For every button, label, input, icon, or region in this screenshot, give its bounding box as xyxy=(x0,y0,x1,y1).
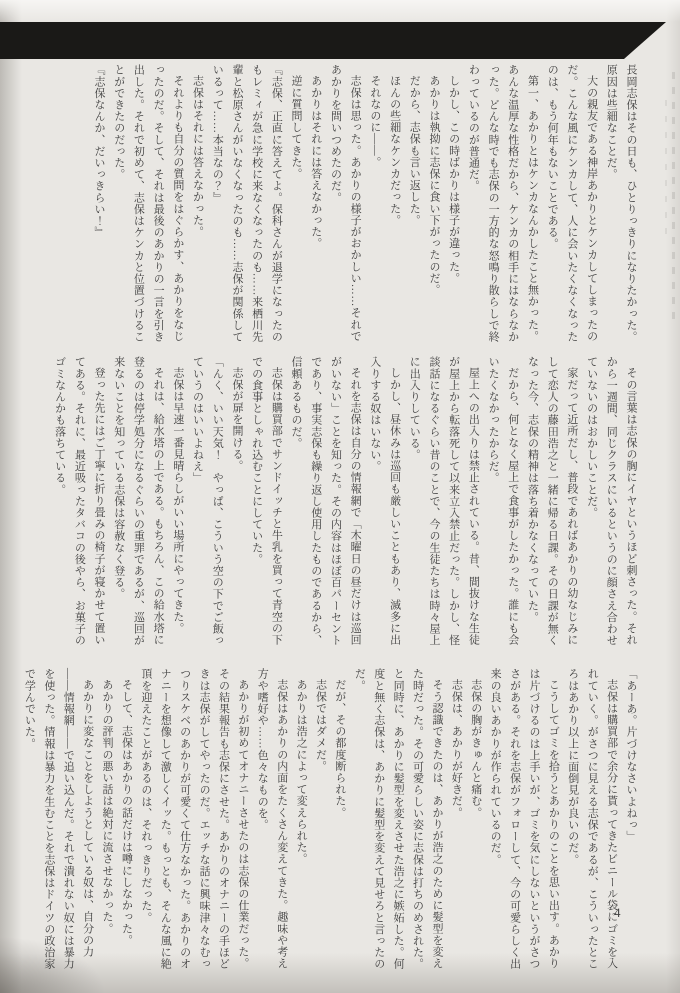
paragraph: あかりは浩之によって変えられた。 xyxy=(291,668,310,972)
scan-bleed-artifact xyxy=(672,72,675,322)
paragraph: だから、志保も言い返した。 xyxy=(404,64,424,350)
page-number: 4 xyxy=(614,905,621,921)
paragraph: 家だって近所だし、普段であればあかりの幼なじみにして恋人の藤田浩之と一緒に帰る日… xyxy=(522,356,581,654)
paragraph: 志保はあかりの内面をたくさん変えてきた。趣味や考え方や嗜好や……色々なものを。 xyxy=(252,668,291,972)
text-band-bottom: 「あーあ。片づけなさいよねっ」志保は購買部で余分に貰ってきたビニール袋にゴミを入… xyxy=(56,668,640,972)
paragraph: あかりが初めてオナニーさせたのは志保の仕業だった。その結果報告も志保にさせた。あ… xyxy=(135,668,251,972)
page-text-area: 長岡志保はその日も、ひとりっきりになりたかった。原因は些細なことだ。大の親友であ… xyxy=(56,64,640,972)
paragraph: こうしてゴミを拾うとあかりのことを思い出す。あかりは片づけるのは上手いが、ゴミを… xyxy=(485,668,563,972)
paragraph: あかりは執拗に志保に食い下がったのだ。 xyxy=(423,64,443,350)
paragraph: あかりの評判の悪い話は絶対に流させなかった。 xyxy=(97,668,116,972)
paragraph: 大の親友である神岸あかりとケンカしてしまったのだ。こんな風にケンカして、人に会い… xyxy=(541,64,600,350)
paragraph: 志保の胸がきゅんと痛む。 xyxy=(465,668,484,972)
text-band-top: 長岡志保はその日も、ひとりっきりになりたかった。原因は些細なことだ。大の親友であ… xyxy=(56,64,640,350)
paragraph: ほんの些細なケンカだった。 xyxy=(384,64,404,350)
scan-bleed-artifact xyxy=(665,100,667,240)
paragraph: 志保は、あかりが好きだ。 xyxy=(446,668,465,972)
paragraph: 志保は購買部で余分に貰ってきたビニール袋にゴミを入れていく。がさつに見える志保で… xyxy=(562,668,620,972)
paragraph: そう認識できたのは、あかりが浩之のために髪型を変えた時だった。その可愛らしい姿に… xyxy=(349,668,446,972)
paragraph: 志保はそれには答えなかった。 xyxy=(187,64,207,350)
paragraph: そして、志保はあかりの話だけは噂にしなかった。 xyxy=(116,668,135,972)
paragraph: 屋上への出入りは禁止されている。昔、間抜けな生徒が屋上から転落死して以来立入禁止… xyxy=(404,356,483,654)
paragraph: しかし、この時ばかりは様子が違った。 xyxy=(443,64,463,350)
paragraph: 志保は思った。あかりの様子がおかしい……それであかりを問いつめたのだ。 xyxy=(325,64,364,350)
paragraph: だが、その都度断られた。 xyxy=(330,668,349,972)
paragraph: それを志保は自分の情報網で「木曜日の昼だけは巡回がいない」ことを知った。その内容… xyxy=(285,356,364,654)
text-band-middle: その言葉は志保の胸にイヤというほど刺さった。それから一週間、同じクラスにいるとい… xyxy=(56,356,640,654)
paragraph: 志保ではダメだ。 xyxy=(310,668,329,972)
scanned-novel-page: 長岡志保はその日も、ひとりっきりになりたかった。原因は些細なことだ。大の親友であ… xyxy=(0,0,680,993)
paragraph: 第一、あかりとはケンカなんかしたこと無かった。あんな温厚な性格だから、ケンカの相… xyxy=(463,64,542,350)
paragraph: 『志保なんか、だいっきらい！』 xyxy=(88,64,108,350)
paragraph: しかし、昼休みは巡回も厳しいこともあり、滅多に出入りする奴はいない。 xyxy=(364,356,403,654)
paragraph: あかりに変なことをしようとしている奴は、自分の力――情報網――で追い込んだ。それ… xyxy=(19,668,97,972)
paragraph: 『志保、正直に答えてよ。保科さんが退学になったのもレミィが急に学校に来なくなった… xyxy=(207,64,286,350)
paragraph: 志保が扉を開ける。 xyxy=(226,356,246,654)
paragraph: 登った先にはご丁寧に折り畳みの椅子が寝かせて置いてある。それに、最近吸ったタバコ… xyxy=(49,356,108,654)
paragraph: それなのに――。 xyxy=(364,64,384,350)
paragraph: それは、給水塔の上である。もちろん、この給水塔に登るのは停学処分になるぐらいの重… xyxy=(108,356,167,654)
paragraph: 志保は購買部でサンドイッチと牛乳を買って青空の下での食事としゃれ込むことにしてい… xyxy=(246,356,285,654)
paragraph: それよりも自分の質問をはぐらかす、あかりをなじったのだ。そして、それは最後のあか… xyxy=(108,64,187,350)
paragraph: 「んく、いい天気！ やっぱ、こういう空の下でご飯っていうのはいいよねえ」 xyxy=(187,356,226,654)
top-black-banner xyxy=(0,22,666,59)
paragraph: あかりはそれには答えなかった。 xyxy=(305,64,325,350)
paragraph: 長岡志保はその日も、ひとりっきりになりたかった。 xyxy=(620,64,640,350)
paragraph: だから、何となく屋上で食事がしたかった。誰にも会いたくなかったからだ。 xyxy=(482,356,521,654)
paragraph: 原因は些細なことだ。 xyxy=(601,64,621,350)
paragraph: 逆に質問してきた。 xyxy=(285,64,305,350)
paragraph: 志保は早速一番見晴らしがいい場所にやってきた。 xyxy=(167,356,187,654)
paragraph: その言葉は志保の胸にイヤというほど刺さった。それから一週間、同じクラスにいるとい… xyxy=(581,356,640,654)
paragraph: 「あーあ。片づけなさいよねっ」 xyxy=(621,668,640,972)
